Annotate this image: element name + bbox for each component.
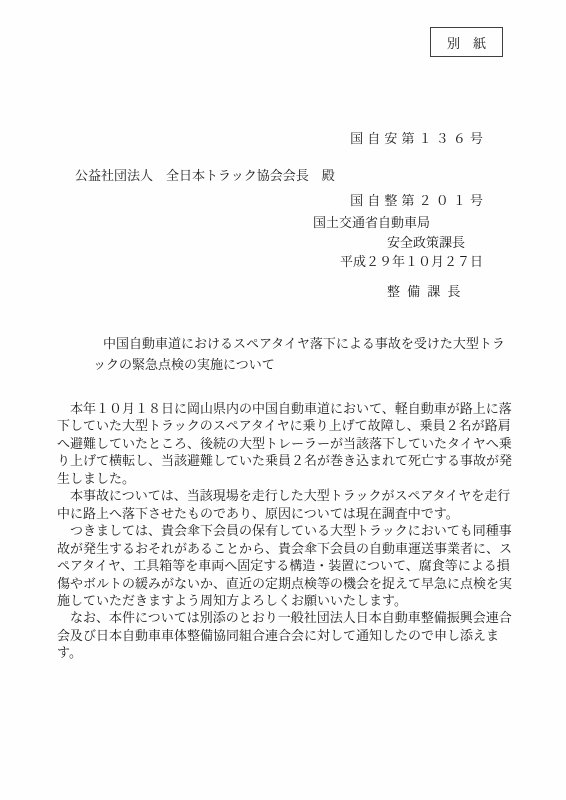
attachment-label: 別 紙 (447, 33, 486, 52)
scanned-official-letter-page: 別 紙 国 自 安 第 １ ３ ６ 号 国 自 整 第 ２ ０ １ 号 平成２９… (0, 0, 566, 800)
subject-line: 中国自動車道におけるスペアタイヤ落下による事故を受けた大型トラ (93, 334, 523, 355)
body-line: り上げて横転し、当該避難していた乗員２名が巻き込まれて死亡する事故が発 (57, 453, 512, 470)
sender-title-safety-policy-director: 安全政策課長 (387, 232, 465, 251)
body-line: 本事故については、当該現場を走行した大型トラックがスペアタイヤを走行 (57, 488, 512, 505)
attachment-label-box: 別 紙 (430, 27, 503, 57)
letter-body: 本年１０月１８日に岡山県内の中国自動車道において、軽自動車が路上に落 下していた… (57, 401, 512, 663)
body-line: 生しました。 (57, 471, 512, 488)
body-line: 傷やボルトの緩みがないか、直近の定期点検等の機会を捉えて早急に点検を実 (57, 576, 512, 593)
body-line: 下していた大型トラックのスペアタイヤに乗り上げて故障し、乗員２名が路肩 (57, 418, 512, 435)
addressee-line: 公益社団法人 全日本トラック協会会長 殿 (75, 165, 335, 184)
document-date: 平成２９年１０月２７日 (340, 253, 483, 274)
body-line: つきましては、貴会傘下会員の保有している大型トラックにおいても同種事 (57, 523, 512, 540)
subject-line: ックの緊急点検の実施について (93, 355, 523, 376)
document-number-line: 国 自 安 第 １ ３ ６ 号 (340, 130, 483, 151)
body-line: 施していただきますよう周知方よろしくお願いいたします。 (57, 593, 512, 610)
body-line: 中に路上へ落下させたものであり、原因については現在調査中です。 (57, 506, 512, 523)
sender-organization: 国土交通省自動車局 (313, 212, 430, 231)
body-line: なお、本件については別添のとおり一般社団法人日本自動車整備振興会連合 (57, 610, 512, 627)
document-number-line: 国 自 整 第 ２ ０ １ 号 (340, 192, 483, 213)
sender-title-maintenance-director: 整 備 課 長 (387, 281, 462, 300)
body-line: ペアタイヤ、工具箱等を車両へ固定する構造・装置について、腐食等による損 (57, 558, 512, 575)
body-line: 本年１０月１８日に岡山県内の中国自動車道において、軽自動車が路上に落 (57, 401, 512, 418)
subject-block: 中国自動車道におけるスペアタイヤ落下による事故を受けた大型トラ ックの緊急点検の… (93, 334, 523, 376)
body-line: 会及び日本自動車車体整備協同組合連合会に対して通知したので申し添えま (57, 628, 512, 645)
body-line: へ避難していたところ、後続の大型トレーラーが当該落下していたタイヤへ乗 (57, 436, 512, 453)
body-line: 故が発生するおそれがあることから、貴会傘下会員の自動車運送事業者に、ス (57, 541, 512, 558)
body-line: す。 (57, 645, 512, 662)
